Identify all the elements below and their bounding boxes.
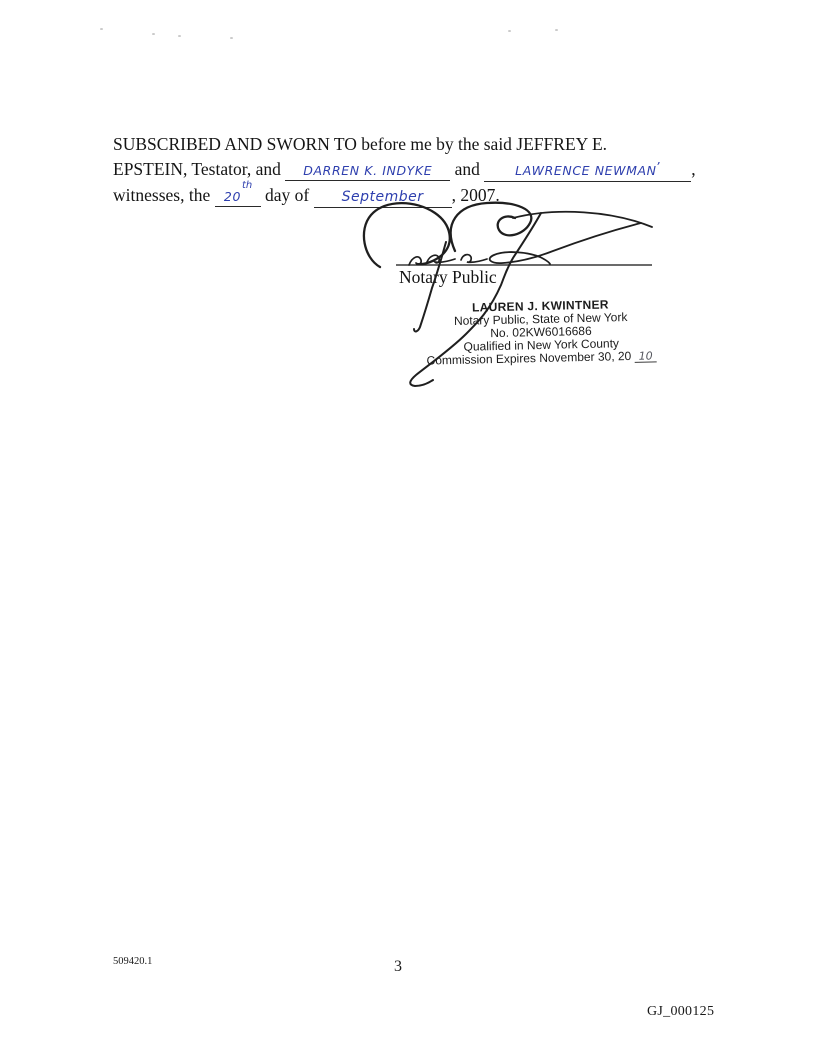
notary-stamp: LAUREN J. KWINTNER Notary Public, State … <box>419 297 662 367</box>
attestation-text: , <box>691 159 695 179</box>
attestation-text: SUBSCRIBED AND SWORN TO before me by the… <box>113 134 607 154</box>
witness1-field: DARREN K. INDYKE <box>285 160 450 181</box>
attestation-text: and <box>455 159 480 179</box>
stamp-expiration-line: Commission Expires November 30, 20 10 <box>420 349 662 367</box>
day-handwriting: 20 <box>224 189 241 204</box>
attestation-line-2: EPSTEIN, Testator, and DARREN K. INDYKE … <box>113 157 753 182</box>
attestation-text: witnesses, the <box>113 185 210 205</box>
witness1-handwriting: DARREN K. INDYKE <box>303 163 432 178</box>
scan-speck <box>100 28 103 30</box>
notary-public-label: Notary Public <box>399 267 497 288</box>
scan-speck <box>230 37 233 39</box>
witness2-field: LAWRENCE NEWMANʼ <box>484 160 691 182</box>
attestation-text: , 2007. <box>452 185 500 205</box>
witness2-flourish: ʼ <box>657 160 661 174</box>
attestation-text: EPSTEIN, Testator, and <box>113 159 281 179</box>
attestation-paragraph: SUBSCRIBED AND SWORN TO before me by the… <box>113 132 753 208</box>
scan-speck <box>152 33 155 35</box>
attestation-text: day of <box>265 185 309 205</box>
page-number: 3 <box>0 958 796 976</box>
month-handwriting: September <box>342 189 424 205</box>
month-field: September <box>314 186 452 208</box>
scan-speck <box>178 35 181 37</box>
expiration-year-handwriting: 10 <box>634 350 656 362</box>
attestation-line-1: SUBSCRIBED AND SWORN TO before me by the… <box>113 132 753 157</box>
day-ordinal-handwriting: th <box>242 180 252 191</box>
witness2-handwriting: LAWRENCE NEWMAN <box>515 163 656 178</box>
scan-speck <box>555 29 558 31</box>
bates-number: GJ_000125 <box>647 1004 714 1020</box>
attestation-line-3: witnesses, the 20th day of September, 20… <box>113 182 753 208</box>
scan-speck <box>508 30 511 32</box>
scanned-document-page: SUBSCRIBED AND SWORN TO before me by the… <box>0 0 816 1056</box>
day-field: 20th <box>215 182 261 207</box>
